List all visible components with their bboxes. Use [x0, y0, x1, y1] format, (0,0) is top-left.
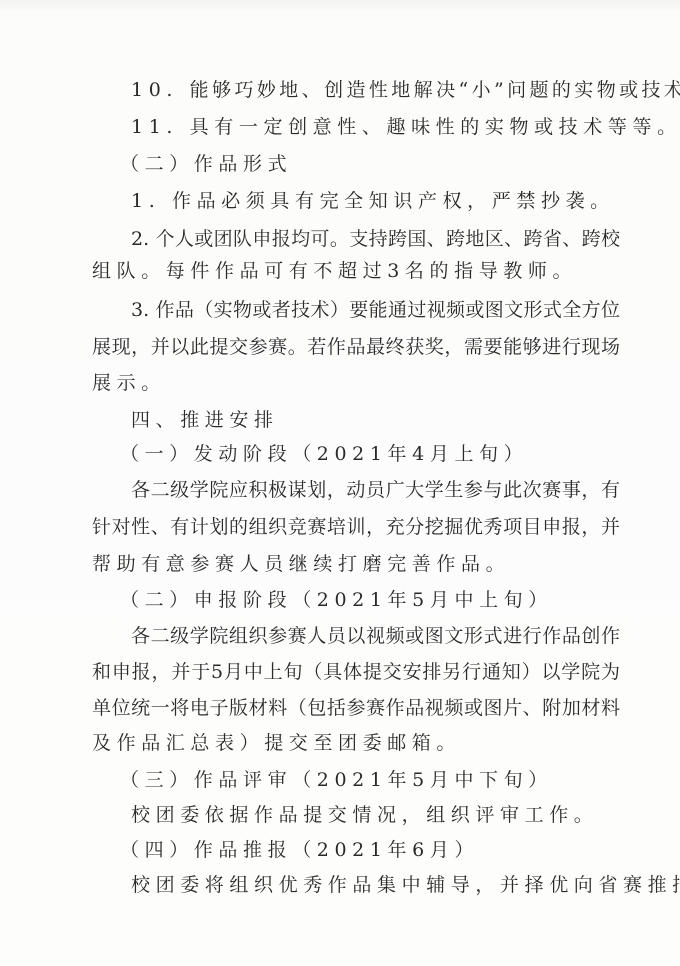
work-form-item-3-line-1: 3. 作品（实物或者技术）要能通过视频或图文形式全方位: [131, 297, 620, 323]
phase-4-heading: （四）作品推报（2021年6月）: [120, 837, 650, 863]
phase-1-heading: （一）发动阶段（2021年4月上旬）: [120, 441, 650, 467]
work-form-item-2-line-1: 2. 个人或团队申报均可。支持跨国、跨地区、跨省、跨校: [131, 226, 620, 252]
document-page: 10. 能够巧妙地、创造性地解决“小”问题的实物或技术； 11. 具有一定创意性…: [0, 0, 680, 966]
phase-1-body-line-3: 帮助有意参赛人员继续打磨完善作品。: [92, 551, 622, 577]
phase-2-body-line-3: 单位统一将电子版材料（包括参赛作品视频或图片、附加材料: [92, 695, 620, 721]
section-heading-work-form: （二）作品形式: [120, 151, 650, 177]
list-item-10: 10. 能够巧妙地、创造性地解决“小”问题的实物或技术；: [131, 77, 661, 103]
list-item-text: 具有一定创意性、趣味性的实物或技术等等。: [190, 116, 680, 138]
phase-1-body-line-2: 针对性、有计划的组织竞赛培训，充分挖掘优秀项目申报，并: [92, 514, 620, 540]
phase-2-body-line-1: 各二级学院组织参赛人员以视频或图文形式进行作品创作: [131, 623, 620, 649]
phase-3-heading: （三）作品评审（2021年5月中下旬）: [120, 767, 650, 793]
phase-2-body-line-4: 及作品汇总表）提交至团委邮箱。: [92, 730, 622, 756]
phase-3-body-line-1: 校团委依据作品提交情况，组织评审工作。: [131, 802, 661, 828]
list-item-number: 10.: [131, 79, 178, 101]
list-item-11: 11. 具有一定创意性、趣味性的实物或技术等等。: [131, 114, 661, 140]
work-form-item-3-line-3: 展示。: [92, 370, 622, 396]
list-item-text: 能够巧妙地、创造性地解决“小”问题的实物或技术；: [190, 79, 680, 101]
work-form-item-3-line-2: 展现，并以此提交参赛。若作品最终获奖，需要能够进行现场: [92, 334, 620, 360]
phase-2-body-line-2: 和申报，并于5月中上旬（具体提交安排另行通知）以学院为: [92, 659, 620, 685]
work-form-item-2-line-2: 组队。每件作品可有不超过3名的指导教师。: [92, 258, 622, 284]
work-form-item-1: 1. 作品必须具有完全知识产权，严禁抄袭。: [131, 188, 661, 214]
phase-4-body-line-1: 校团委将组织优秀作品集中辅导，并择优向省赛推报。: [131, 872, 661, 898]
phase-1-body-line-1: 各二级学院应积极谋划，动员广大学生参与此次赛事，有: [131, 477, 620, 503]
list-item-number: 11.: [131, 116, 178, 138]
section-heading-schedule: 四、推进安排: [131, 407, 661, 433]
phase-2-heading: （二）申报阶段（2021年5月中上旬）: [120, 587, 650, 613]
